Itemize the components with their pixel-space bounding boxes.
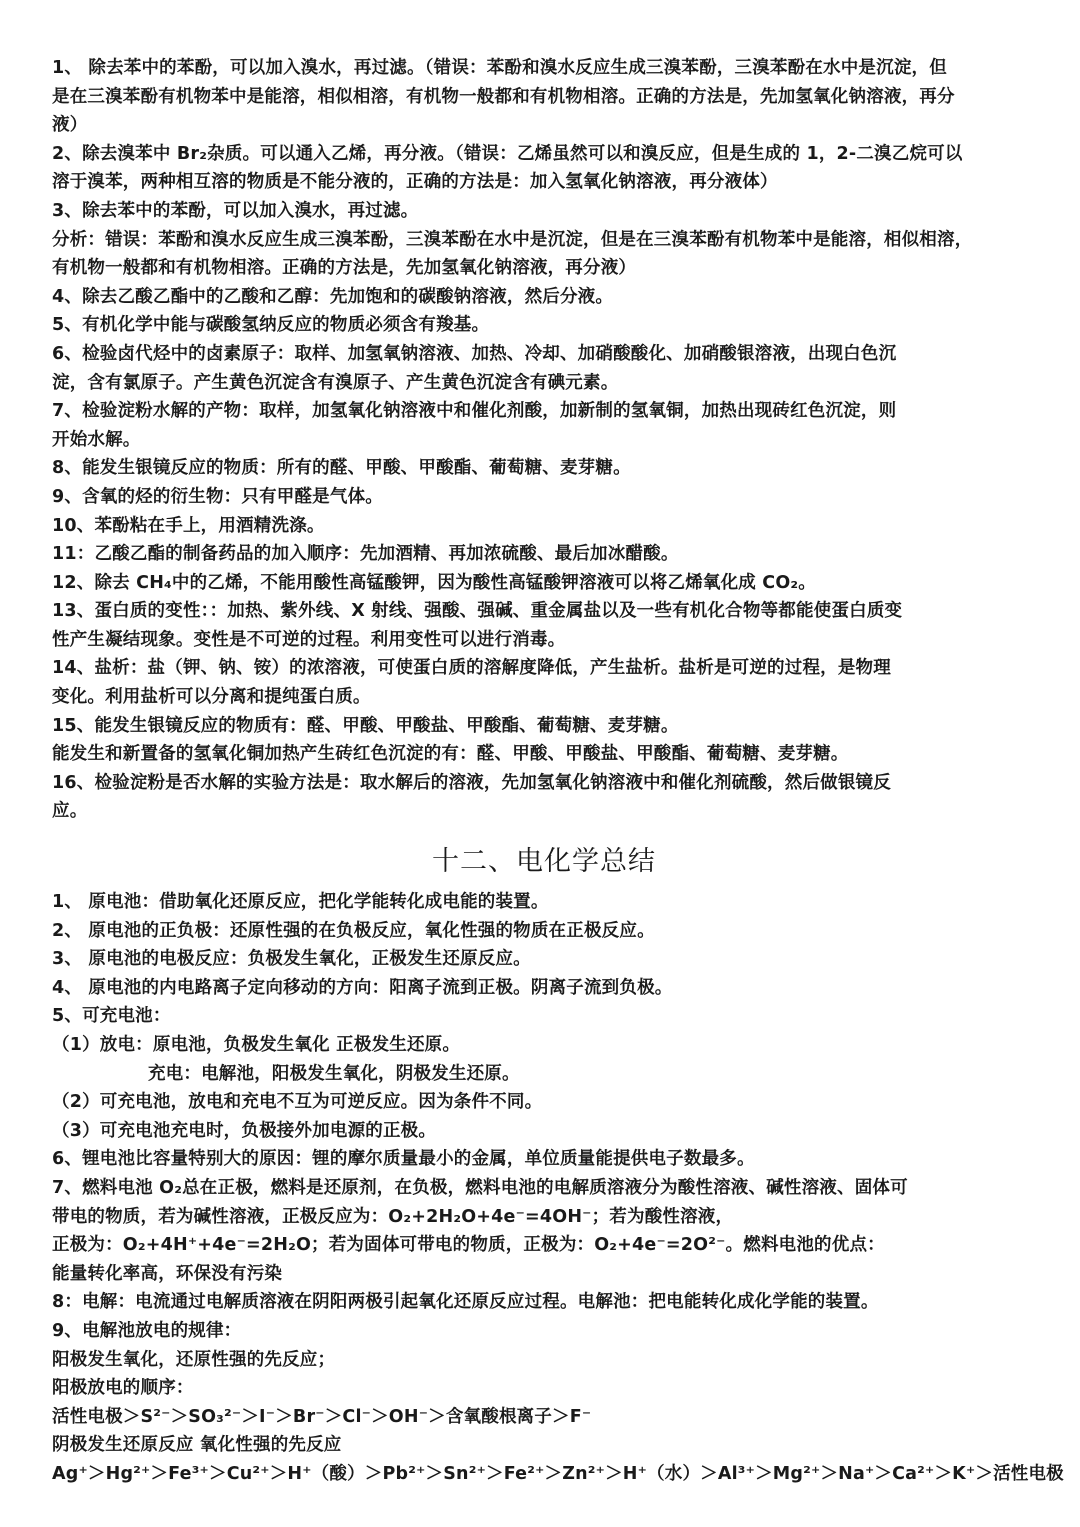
note-line: 带电的物质，若为碱性溶液，正极反应为：O₂+2H₂O+4e⁻=4OH⁻；若为酸性…: [52, 1203, 1036, 1232]
note-line: 6、检验卤代烃中的卤素原子：取样、加氢氧钠溶液、加热、冷却、加硝酸酸化、加硝酸银…: [52, 340, 1036, 369]
note-line: 有机物一般都和有机物相溶。正确的方法是，先加氢氧化钠溶液，再分液）: [52, 254, 1036, 283]
note-line: 9、含氧的烃的衍生物：只有甲醛是气体。: [52, 483, 1036, 512]
note-line: （2）可充电池，放电和充电不互为可逆反应。因为条件不同。: [52, 1088, 1036, 1117]
document-page: 1、 除去苯中的苯酚，可以加入溴水，再过滤。（错误：苯酚和溴水反应生成三溴苯酚，…: [0, 0, 1080, 1489]
note-line: 10、苯酚粘在手上，用酒精洗涤。: [52, 512, 1036, 541]
note-line: 8：电解：电流通过电解质溶液在阴阳两极引起氧化还原反应过程。电解池：把电能转化成…: [52, 1288, 1036, 1317]
note-line: 5、有机化学中能与碳酸氢纳反应的物质必须含有羧基。: [52, 311, 1036, 340]
note-line: Ag⁺＞Hg²⁺＞Fe³⁺＞Cu²⁺＞H⁺（酸）＞Pb²⁺＞Sn²⁺＞Fe²⁺＞…: [52, 1460, 1036, 1489]
note-line: 7、检验淀粉水解的产物：取样，加氢氧化钠溶液中和催化剂酸，加新制的氢氧铜，加热出…: [52, 397, 1036, 426]
note-line: 7、燃料电池 O₂总在正极，燃料是还原剂，在负极，燃料电池的电解质溶液分为酸性溶…: [52, 1174, 1036, 1203]
note-line: 阳极发生氧化，还原性强的先反应；: [52, 1346, 1036, 1375]
note-line: 能量转化率高，环保没有污染: [52, 1260, 1036, 1289]
electrochemistry-notes-section: 1、 原电池：借助氧化还原反应，把化学能转化成电能的装置。 2、 原电池的正负极…: [52, 888, 1036, 1488]
note-line: 15、能发生银镜反应的物质有：醛、甲酸、甲酸盐、甲酸酯、葡萄糖、麦芽糖。: [52, 712, 1036, 741]
note-line: 3、 原电池的电极反应：负极发生氧化，正极发生还原反应。: [52, 945, 1036, 974]
note-line: 分析：错误：苯酚和溴水反应生成三溴苯酚，三溴苯酚在水中是沉淀，但是在三溴苯酚有机…: [52, 226, 1036, 255]
note-line: 溶于溴苯，两种相互溶的物质是不能分液的，正确的方法是：加入氢氧化钠溶液，再分液体…: [52, 168, 1036, 197]
note-line: 能发生和新置备的氢氧化铜加热产生砖红色沉淀的有：醛、甲酸、甲酸盐、甲酸酯、葡萄糖…: [52, 740, 1036, 769]
note-line: 2、 原电池的正负极：还原性强的在负极反应，氧化性强的物质在正极反应。: [52, 917, 1036, 946]
section-heading: 十二、电化学总结: [52, 842, 1036, 882]
note-line: 8、能发生银镜反应的物质：所有的醛、甲酸、甲酸酯、葡萄糖、麦芽糖。: [52, 454, 1036, 483]
note-line: 12、除去 CH₄中的乙烯，不能用酸性高锰酸钾，因为酸性高锰酸钾溶液可以将乙烯氧…: [52, 569, 1036, 598]
note-line: 4、 原电池的内电路离子定向移动的方向：阳离子流到正极。阴离子流到负极。: [52, 974, 1036, 1003]
note-line: 性产生凝结现象。变性是不可逆的过程。利用变性可以进行消毒。: [52, 626, 1036, 655]
note-line: 正极为：O₂+4H⁺+4e⁻=2H₂O；若为固体可带电的物质，正极为：O₂+4e…: [52, 1231, 1036, 1260]
note-line: 变化。利用盐析可以分离和提纯蛋白质。: [52, 683, 1036, 712]
note-line: 11：乙酸乙酯的制备药品的加入顺序：先加酒精、再加浓硫酸、最后加冰醋酸。: [52, 540, 1036, 569]
note-line: 5、可充电池：: [52, 1002, 1036, 1031]
note-line: 4、除去乙酸乙酯中的乙酸和乙醇：先加饱和的碳酸钠溶液，然后分液。: [52, 283, 1036, 312]
note-line: （1）放电：原电池，负极发生氧化 正极发生还原。: [52, 1031, 1036, 1060]
note-line: 14、盐析：盐（钾、钠、铵）的浓溶液，可使蛋白质的溶解度降低，产生盐析。盐析是可…: [52, 654, 1036, 683]
note-line: 13、蛋白质的变性：：加热、紫外线、X 射线、强酸、强碱、重金属盐以及一些有机化…: [52, 597, 1036, 626]
note-line: 淀，含有氯原子。产生黄色沉淀含有溴原子、产生黄色沉淀含有碘元素。: [52, 369, 1036, 398]
organic-notes-section: 1、 除去苯中的苯酚，可以加入溴水，再过滤。（错误：苯酚和溴水反应生成三溴苯酚，…: [52, 54, 1036, 826]
note-line: 液）: [52, 111, 1036, 140]
note-line: 是在三溴苯酚有机物苯中是能溶，相似相溶，有机物一般都和有机物相溶。正确的方法是，…: [52, 83, 1036, 112]
note-line: 1、 原电池：借助氧化还原反应，把化学能转化成电能的装置。: [52, 888, 1036, 917]
note-line: 6、锂电池比容量特别大的原因：锂的摩尔质量最小的金属，单位质量能提供电子数最多。: [52, 1145, 1036, 1174]
note-line: 阳极放电的顺序：: [52, 1374, 1036, 1403]
note-line: 1、 除去苯中的苯酚，可以加入溴水，再过滤。（错误：苯酚和溴水反应生成三溴苯酚，…: [52, 54, 1036, 83]
note-line: 16、检验淀粉是否水解的实验方法是：取水解后的溶液，先加氢氧化钠溶液中和催化剂硫…: [52, 769, 1036, 798]
note-line: 2、除去溴苯中 Br₂杂质。可以通入乙烯，再分液。（错误：乙烯虽然可以和溴反应，…: [52, 140, 1036, 169]
note-line: 应。: [52, 797, 1036, 826]
note-line: （3）可充电池充电时，负极接外加电源的正极。: [52, 1117, 1036, 1146]
note-line: 3、除去苯中的苯酚，可以加入溴水，再过滤。: [52, 197, 1036, 226]
note-line: 阴极发生还原反应 氧化性强的先反应: [52, 1431, 1036, 1460]
note-line: 充电：电解池，阳极发生氧化，阴极发生还原。: [52, 1060, 1036, 1089]
note-line: 开始水解。: [52, 426, 1036, 455]
note-line: 9、电解池放电的规律：: [52, 1317, 1036, 1346]
note-line: 活性电极＞S²⁻＞SO₃²⁻＞I⁻＞Br⁻＞Cl⁻＞OH⁻＞含氧酸根离子＞F⁻: [52, 1403, 1036, 1432]
